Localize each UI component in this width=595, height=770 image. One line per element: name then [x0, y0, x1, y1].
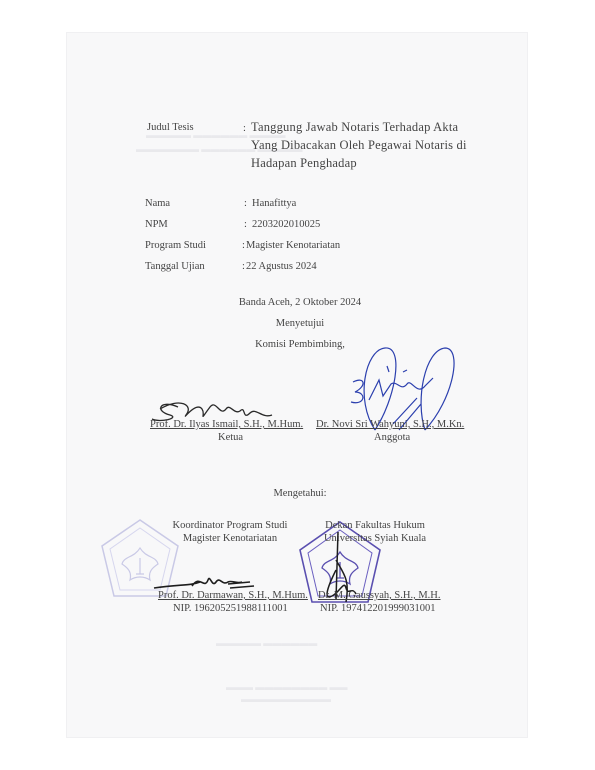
field-colon: :: [242, 240, 245, 251]
supervisor-ketua-name: Prof. Dr. Ilyas Ismail, S.H., M.Hum.: [150, 419, 303, 430]
place-date: Banda Aceh, 2 Oktober 2024: [200, 297, 400, 308]
bleed-through-text: ▬▬▬▬▬▬▬▬▬▬: [241, 694, 331, 704]
thesis-title-line-1: Tanggung Jawab Notaris Terhadap Akta: [251, 118, 458, 136]
field-value-tanggal-ujian: 22 Agustus 2024: [246, 261, 317, 272]
bleed-through-text: ▬▬▬ ▬▬▬▬▬▬▬▬ ▬▬: [226, 682, 348, 692]
field-colon: :: [244, 198, 247, 209]
approval-heading: Menyetujui: [200, 318, 400, 329]
signature-koordinator: [150, 570, 260, 592]
field-value-nama: Hanafittya: [252, 198, 296, 209]
field-colon: :: [244, 219, 247, 230]
official-1-title-line-1: Koordinator Program Studi: [160, 520, 300, 531]
thesis-title-line-3: Hadapan Penghadap: [251, 154, 357, 172]
supervisor-ketua-role: Ketua: [218, 432, 243, 443]
field-colon: :: [242, 261, 245, 272]
field-label-program-studi: Program Studi: [145, 240, 206, 251]
field-label-npm: NPM: [145, 219, 168, 230]
acknowledged-heading: Mengetahui:: [200, 488, 400, 499]
thesis-title-line-2: Yang Dibacakan Oleh Pegawai Notaris di: [251, 136, 467, 154]
field-label-nama: Nama: [145, 198, 170, 209]
field-colon: :: [243, 123, 246, 134]
official-2-name: Dr. M. Gaussyah, S.H., M.H.: [318, 590, 441, 601]
supervisor-anggota-name: Dr. Novi Sri Wahyuni, S.H., M.Kn.: [316, 419, 464, 430]
field-label-tanggal-ujian: Tanggal Ujian: [145, 261, 205, 272]
supervisor-anggota-role: Anggota: [374, 432, 410, 443]
field-value-npm: 2203202010025: [252, 219, 320, 230]
official-2-nip: NIP. 197412201999031001: [320, 603, 436, 614]
field-value-program-studi: Magister Kenotariatan: [246, 240, 340, 251]
official-1-name: Prof. Dr. Darmawan, S.H., M.Hum.: [158, 590, 308, 601]
official-1-nip: NIP. 196205251988111001: [173, 603, 288, 614]
bleed-through-text: ▬▬▬▬▬ ▬▬▬▬▬▬: [216, 638, 317, 648]
official-1-title-line-2: Magister Kenotariatan: [160, 533, 300, 544]
field-label-judul: Judul Tesis: [147, 122, 194, 133]
